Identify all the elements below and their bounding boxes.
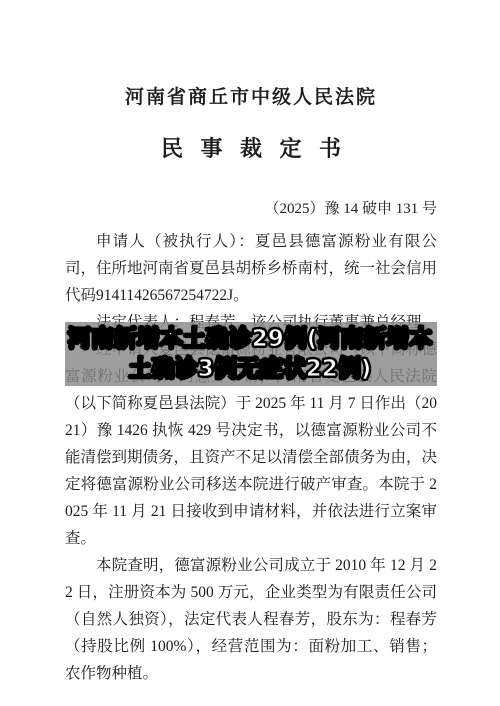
case-number: （2025）豫 14 破申 131 号 <box>65 198 437 220</box>
paragraph-court-findings: 本院查明，德富源粉业公司成立于 2010 年 12 月 22 日，注册资本为 5… <box>65 552 437 687</box>
paragraph-applicant: 申请人（被执行人）：夏邑县德富源粉业有限公司，住所地河南省夏邑县胡桥乡桥南村，统… <box>65 228 437 309</box>
document-title: 民 事 裁 定 书 <box>65 134 437 164</box>
headline-line-2: 土确诊3例无症状22例) <box>0 354 500 384</box>
court-document-page: 河南省商丘市中级人民法院 民 事 裁 定 书 （2025）豫 14 破申 131… <box>0 0 500 706</box>
document-body: 申请人（被执行人）：夏邑县德富源粉业有限公司，住所地河南省夏邑县胡桥乡桥南村，统… <box>65 228 437 687</box>
headline-line-1: 河南新增本土确诊29例(河南新增本 <box>0 324 500 354</box>
headline-overlay: 河南新增本土确诊29例(河南新增本 土确诊3例无症状22例) <box>0 324 500 384</box>
court-name: 河南省商丘市中级人民法院 <box>65 86 437 110</box>
